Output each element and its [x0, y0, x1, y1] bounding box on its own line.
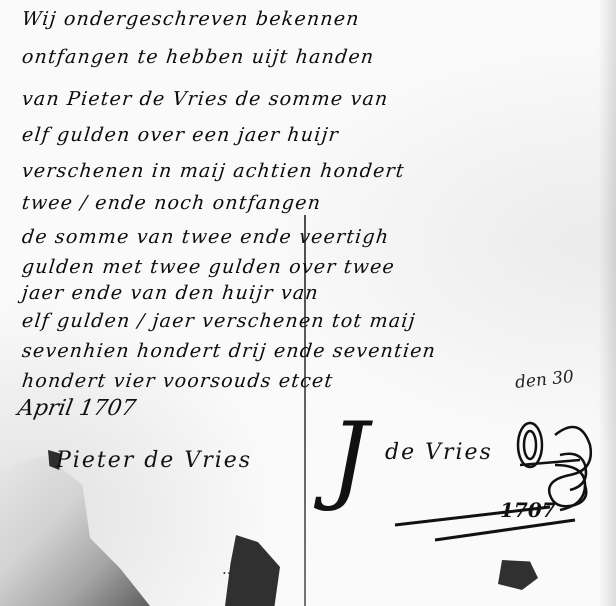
bottom-fragment-text: ... — [222, 560, 236, 578]
document-line-3: van Pieter de Vries de somme van — [21, 88, 390, 110]
document-line-5: verschenen in maij achtien hondert — [21, 160, 406, 182]
document-line-4: elf gulden over een jaer huijr — [21, 124, 340, 146]
signature-mark: J — [330, 410, 368, 506]
signature-year: 1707 — [500, 498, 556, 522]
document-line-2: ontfangen te hebben uijt handen — [21, 46, 376, 68]
document-line-8: gulden met twee gulden over twee — [21, 256, 396, 278]
date-note: April 1707 — [16, 396, 138, 421]
paper-edge-shadow — [598, 0, 616, 606]
document-line-6: twee / ende noch ontfangen — [21, 192, 322, 214]
document-line-9: jaer ende van den huijr van — [21, 282, 320, 304]
document-line-10: elf gulden / jaer verschenen tot maij — [21, 310, 417, 332]
signature-left: Pieter de Vries — [56, 448, 252, 473]
document-line-1: Wij ondergeschreven bekennen — [21, 8, 361, 30]
document-line-11: sevenhien hondert drij ende seventien — [21, 340, 437, 362]
signature-right: de Vries — [385, 440, 493, 465]
document-line-7: de somme van twee ende veertigh — [21, 226, 391, 248]
document-line-12: hondert vier voorsouds etcet — [21, 370, 335, 392]
